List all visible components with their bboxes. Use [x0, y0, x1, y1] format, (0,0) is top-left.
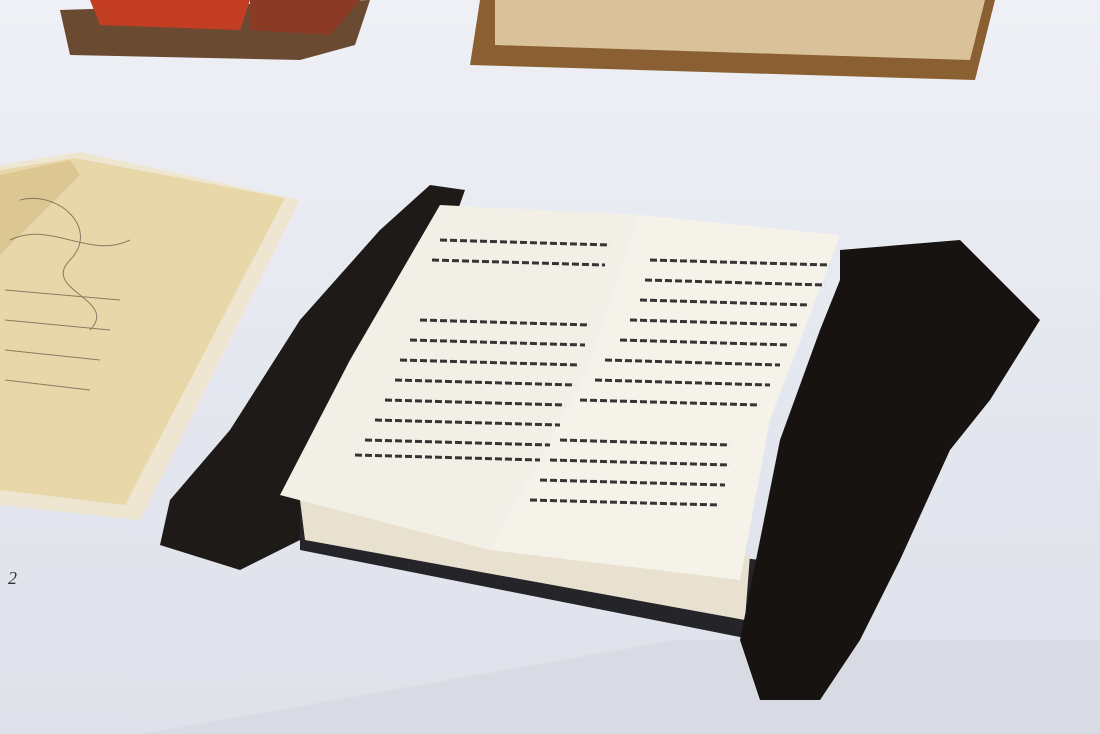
- exhibit-label: 2: [8, 568, 17, 589]
- parchment-book-top-right: [470, 0, 995, 80]
- red-book-top-left: [60, 0, 370, 60]
- exhibit-illustration: [0, 0, 1100, 734]
